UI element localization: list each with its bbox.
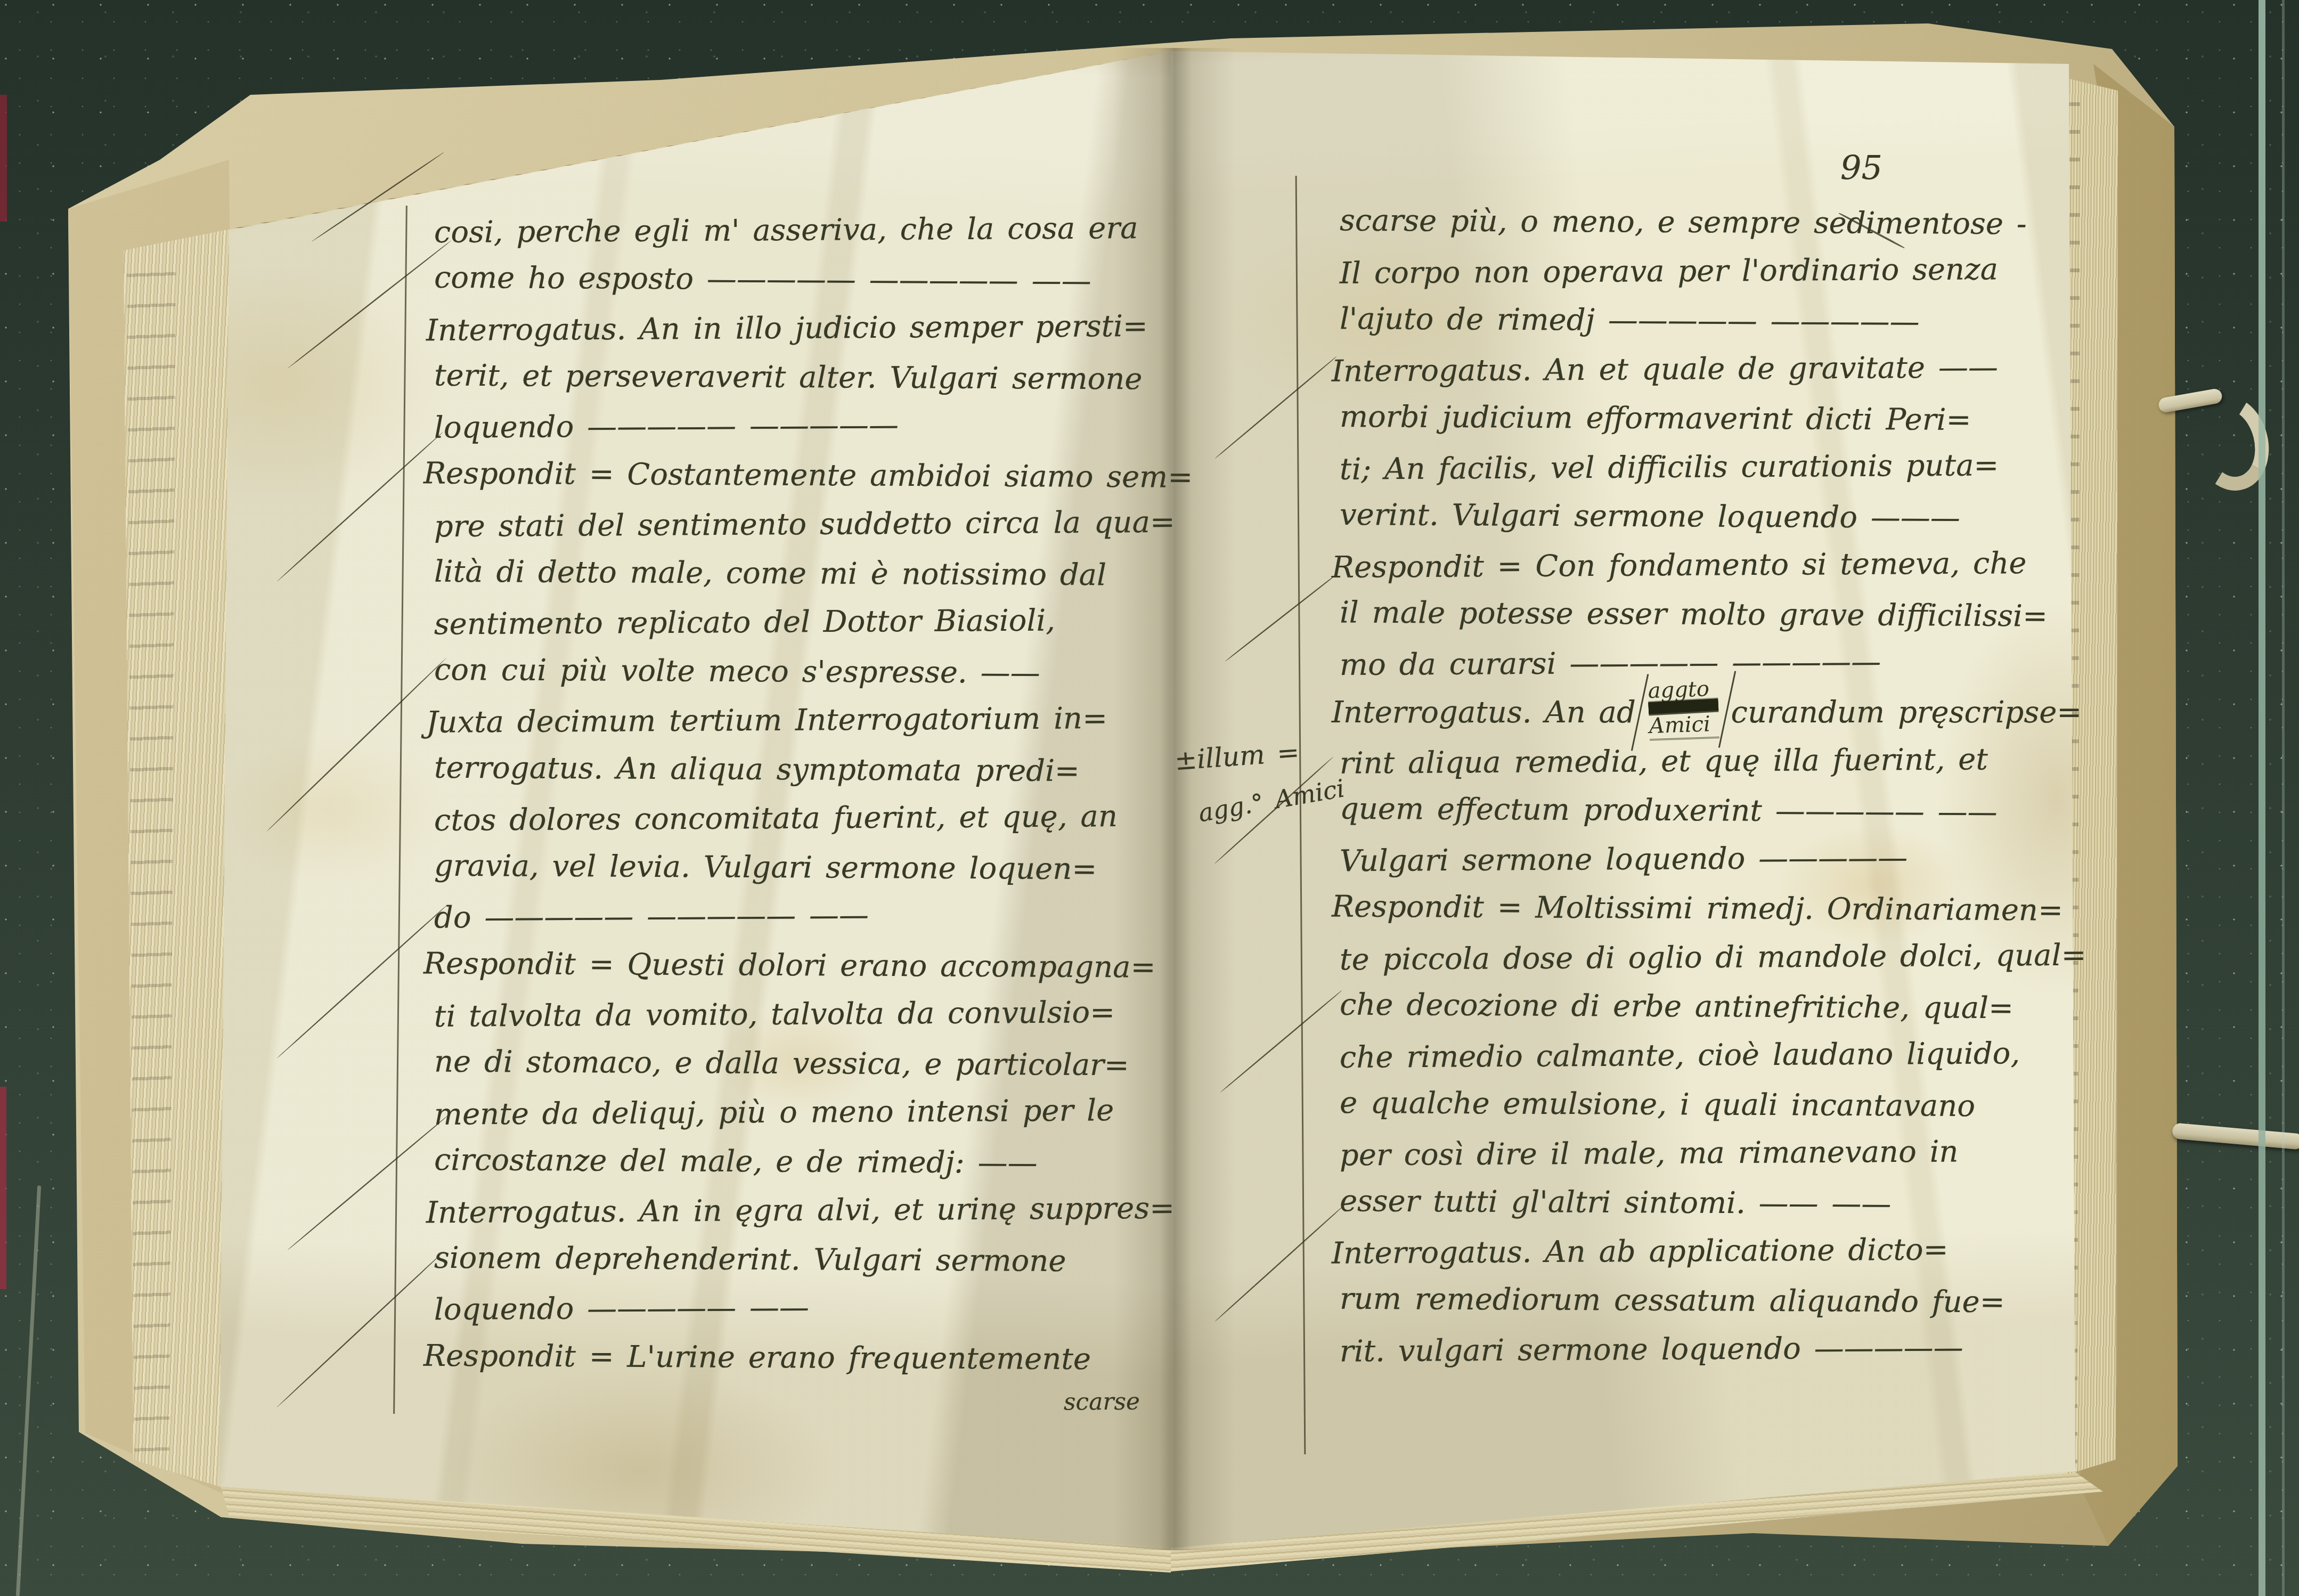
manuscript-line: loquendo ————— —————	[434, 406, 899, 446]
manuscript-line: esser tutti gl'altri sintomi. —— ——	[1340, 1183, 1892, 1223]
manuscript-line: Interrogatus. An ad	[1332, 679, 1636, 731]
correction-inserted-text: aggto	[1648, 678, 1718, 702]
manuscript-line-with-correction: Interrogatus. An ad aggto █████ Amici cu…	[1332, 679, 2082, 739]
manuscript-line: curandum pręscripse=	[1731, 679, 2082, 731]
manuscript-line: Interrogatus. An ab applicatione dicto=	[1332, 1231, 1949, 1272]
manuscript-line: Respondit = Con fondamento si temeva, ch…	[1332, 545, 2027, 587]
left-edge-red-strip	[0, 95, 7, 222]
manuscript-line: Interrogatus. An et quale de gravitate —…	[1332, 349, 1998, 390]
manuscript-line: ctos dolores concomitata fuerint, et quę…	[434, 798, 1118, 840]
manuscript-line: cosi, perche egli m' asseriva, che la co…	[434, 210, 1138, 251]
archival-photo: 95 cosi, perche egli m' asseriva, che la…	[0, 0, 2299, 1596]
manuscript-line: per così dire il male, ma rimanevano in	[1340, 1133, 1959, 1174]
manuscript-line: verint. Vulgari sermone loquendo ———	[1340, 496, 1960, 537]
manuscript-line: e qualche emulsione, i quali incantavano	[1340, 1085, 1975, 1125]
manuscript-line: gravia, vel levia. Vulgari sermone loque…	[434, 848, 1097, 889]
manuscript-line: mente da deliquj, più o meno intensi per…	[434, 1092, 1114, 1134]
manuscript-line: ti; An facilis, vel difficilis curationi…	[1340, 447, 1999, 488]
manuscript-line: mo da curarsi ————— —————	[1340, 644, 1881, 684]
manuscript-line: loquendo ————— ——	[434, 1289, 809, 1329]
left-edge-red-strip	[0, 1087, 6, 1289]
manuscript-line: scarse più, o meno, e sempre sedimentose…	[1340, 202, 2027, 243]
manuscript-line: Respondit = Moltissimi rimedj. Ordinaria…	[1332, 888, 2063, 929]
manuscript-line: Juxta decimum tertium Interrogatorium in…	[426, 700, 1107, 742]
manuscript-line: pre stati del sentimento suddetto circa …	[434, 504, 1175, 545]
catchword: scarse	[906, 1383, 1140, 1422]
glass-edge-line-faint	[2282, 0, 2285, 1596]
manuscript-line: l'ajuto de rimedj ————— —————	[1340, 300, 1920, 341]
correction-block: aggto █████ Amici	[1640, 678, 1727, 740]
manuscript-line: ne di stomaco, e dalla vessica, e partic…	[434, 1044, 1129, 1085]
loose-thread	[16, 1185, 41, 1596]
binding-cord-bottom	[2172, 1122, 2299, 1150]
manuscript-line: Respondit = L'urine erano frequentemente	[423, 1338, 1091, 1379]
manuscript-line: Respondit = Costantemente ambidoi siamo …	[423, 455, 1193, 496]
manuscript-line: lità di detto male, come mi è notissimo …	[434, 553, 1106, 595]
manuscript-line: con cui più volte meco s'espresse. ——	[434, 652, 1040, 692]
manuscript-line: te piccola dose di oglio di mandole dolc…	[1340, 937, 2086, 979]
manuscript-line: circostanze del male, e de rimedj: ——	[434, 1142, 1038, 1182]
manuscript-line: terit, et perseveraverit alter. Vulgari …	[434, 357, 1143, 398]
page-number: 95	[1840, 149, 1882, 186]
manuscript-line: Interrogatus. An in illo judicio semper …	[426, 308, 1148, 349]
manuscript-line: che rimedio calmante, cioè laudano liqui…	[1340, 1035, 2020, 1077]
manuscript-line: rint aliqua remedia, et quę illa fuerint…	[1340, 741, 1988, 782]
manuscript-line: rit. vulgari sermone loquendo —————	[1340, 1329, 1963, 1370]
correction-replacement-text: Amici	[1649, 711, 1719, 741]
manuscript-line: quem effectum produxerint ————— ——	[1340, 791, 1998, 831]
manuscript-line: morbi judicium efformaverint dicti Peri=	[1340, 398, 1971, 439]
manuscript-line: ti talvolta da vomito, talvolta da convu…	[434, 994, 1115, 1036]
manuscript-line: come ho esposto ————— ————— ——	[434, 259, 1091, 300]
manuscript-line: terrogatus. An aliqua symptomata predi=	[434, 750, 1080, 790]
manuscript-line: Il corpo non operava per l'ordinario sen…	[1340, 251, 1998, 292]
manuscript-line: Interrogatus. An in ęgra alvi, et urinę …	[426, 1190, 1175, 1232]
manuscript-line: sentimento replicato del Dottor Biasioli…	[434, 602, 1055, 643]
manuscript-line: rum remediorum cessatum aliquando fue=	[1340, 1281, 2005, 1322]
glass-edge-line	[2259, 0, 2265, 1596]
manuscript-line: Respondit = Questi dolori erano accompag…	[423, 945, 1156, 986]
manuscript-line: il male potesse esser molto grave diffic…	[1340, 595, 2048, 636]
manuscript-line: Vulgari sermone loquendo —————	[1340, 840, 1908, 881]
manuscript-line: sionem deprehenderint. Vulgari sermone	[434, 1240, 1066, 1280]
manuscript-line: do ————— ————— ——	[434, 897, 869, 937]
manuscript-line: che decozione di erbe antinefritiche, qu…	[1340, 987, 2013, 1028]
